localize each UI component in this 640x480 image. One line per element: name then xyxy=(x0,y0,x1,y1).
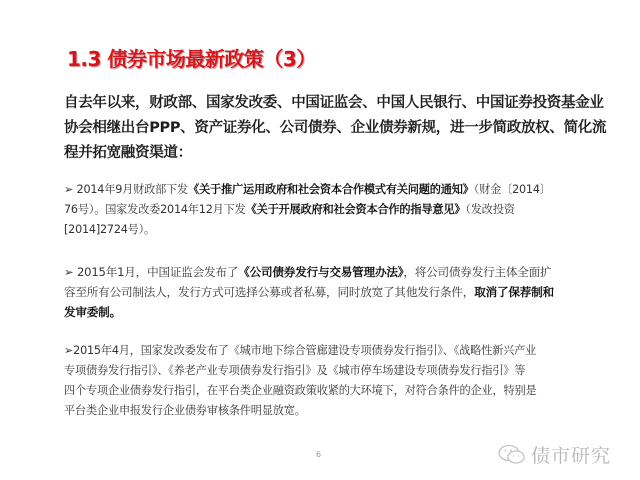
bullet-line: 专项债券发行指引》、《养老产业专项债券发行指引》及《城市停车场建设专项债券发行指… xyxy=(64,361,624,381)
text: （发改投资 xyxy=(465,203,514,216)
bullet-2015-ndrc: ➢2015年4月，国家发改委发布了《城市地下综合管廊建设专项债券发行指引》、《战… xyxy=(64,341,624,421)
bullet-line: ➢2015年4月，国家发改委发布了《城市地下综合管廊建设专项债券发行指引》、《战… xyxy=(64,341,624,361)
bullet-line: 发审委制。 xyxy=(64,302,624,322)
text: ➢ 2015年1月，中国证监会发布了 xyxy=(64,265,238,279)
bullet-line: ➢ 2014年9月财政部下发《关于推广运用政府和社会资本合作模式有关问题的通知》… xyxy=(64,180,624,200)
intro-line: 协会相继出台PPP、资产证券化、公司债券、企业债券新规，进一步简政放权、简化流 xyxy=(64,116,624,141)
bold-text: 取消了保荐制和 xyxy=(474,285,554,299)
bullet-2014-ppp: ➢ 2014年9月财政部下发《关于推广运用政府和社会资本合作模式有关问题的通知》… xyxy=(64,180,624,240)
intro-line: 程并拓宽融资渠道： xyxy=(64,141,624,166)
bullet-line: ➢ 2015年1月，中国证监会发布了《公司债券发行与交易管理办法》，将公司债券发… xyxy=(64,262,624,282)
text: [2014]2724号）。 xyxy=(64,223,155,236)
doc-title: 《公司债券发行与交易管理办法》 xyxy=(238,265,403,279)
text: ➢ 2014年9月财政部下发 xyxy=(64,183,188,196)
bullet-line: 容至所有公司制法人，发行方式可选择公募或者私募，同时放宽了其他发行条件，取消了保… xyxy=(64,282,624,302)
watermark-text: 债市研究 xyxy=(531,441,611,468)
wechat-icon xyxy=(497,443,527,465)
intro-paragraph: 自去年以来，财政部、国家发改委、中国证监会、中国人民银行、中国证券投资基金业 协… xyxy=(64,91,624,166)
slide-title: 1.3 债券市场最新政策（3） xyxy=(67,43,316,72)
text: （财金〔2014〕 xyxy=(474,183,551,196)
bullet-line: [2014]2724号）。 xyxy=(64,220,624,240)
bullet-line: 四个专项企业债券发行指引，在平台类企业融资政策收紧的大环境下，对符合条件的企业，… xyxy=(64,381,624,401)
bullet-line: 76号）。国家发改委2014年12月下发《关于开展政府和社会资本合作的指导意见》… xyxy=(64,200,624,220)
bullet-2015-csrc: ➢ 2015年1月，中国证监会发布了《公司债券发行与交易管理办法》，将公司债券发… xyxy=(64,262,624,322)
text: ，将公司债券发行主体全面扩 xyxy=(403,265,551,279)
doc-title: 《关于开展政府和社会资本合作的指导意见》 xyxy=(246,203,466,216)
doc-title: 《关于推广运用政府和社会资本合作模式有关问题的通知》 xyxy=(188,183,474,196)
page-number: 6 xyxy=(316,450,321,459)
watermark: 债市研究 xyxy=(497,441,611,467)
text: 容至所有公司制法人，发行方式可选择公募或者私募，同时放宽了其他发行条件， xyxy=(64,285,474,299)
bullet-line: 平台类企业申报发行企业债券审核条件明显放宽。 xyxy=(64,401,624,421)
text: 76号）。国家发改委2014年12月下发 xyxy=(64,203,246,216)
bold-text: 发审委制。 xyxy=(64,305,121,319)
intro-line: 自去年以来，财政部、国家发改委、中国证监会、中国人民银行、中国证券投资基金业 xyxy=(64,91,624,116)
